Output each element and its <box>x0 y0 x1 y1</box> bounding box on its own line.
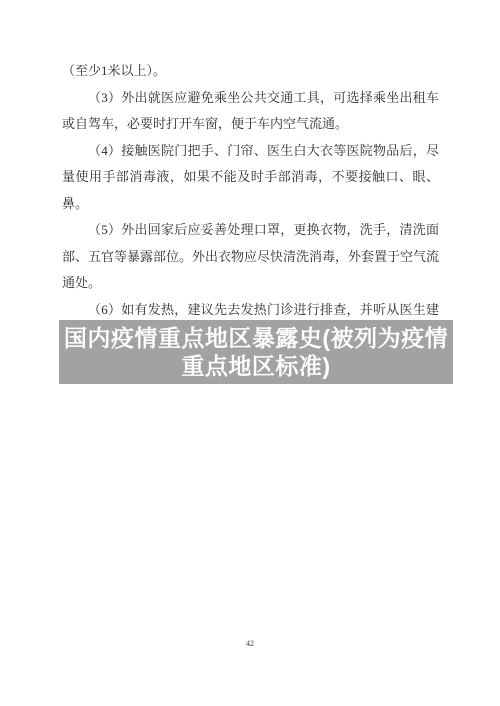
document-page: （至少1米以上）。 （3）外出就医应避免乘坐公共交通工具，可选择乘坐出租车或自驾… <box>0 0 500 706</box>
body-paragraph: （4）接触医院门把手、门帘、医生白大衣等医院物品后，尽量使用手部消毒液，如果不能… <box>62 138 439 218</box>
body-paragraph: （5）外出回家后应妥善处理口罩，更换衣物，洗手，清洗面部、五官等暴露部位。外出衣… <box>62 217 439 297</box>
highlighted-title-banner: 国内疫情重点地区暴露史(被列为疫情重点地区标准) <box>59 320 453 384</box>
page-number: 42 <box>0 639 500 648</box>
body-paragraph: （至少1米以上）。 <box>62 58 439 85</box>
body-paragraph: （3）外出就医应避免乘坐公共交通工具，可选择乘坐出租车或自驾车，必要时打开车窗，… <box>62 85 439 138</box>
highlighted-title-text: 国内疫情重点地区暴露史(被列为疫情重点地区标准) <box>59 324 453 380</box>
